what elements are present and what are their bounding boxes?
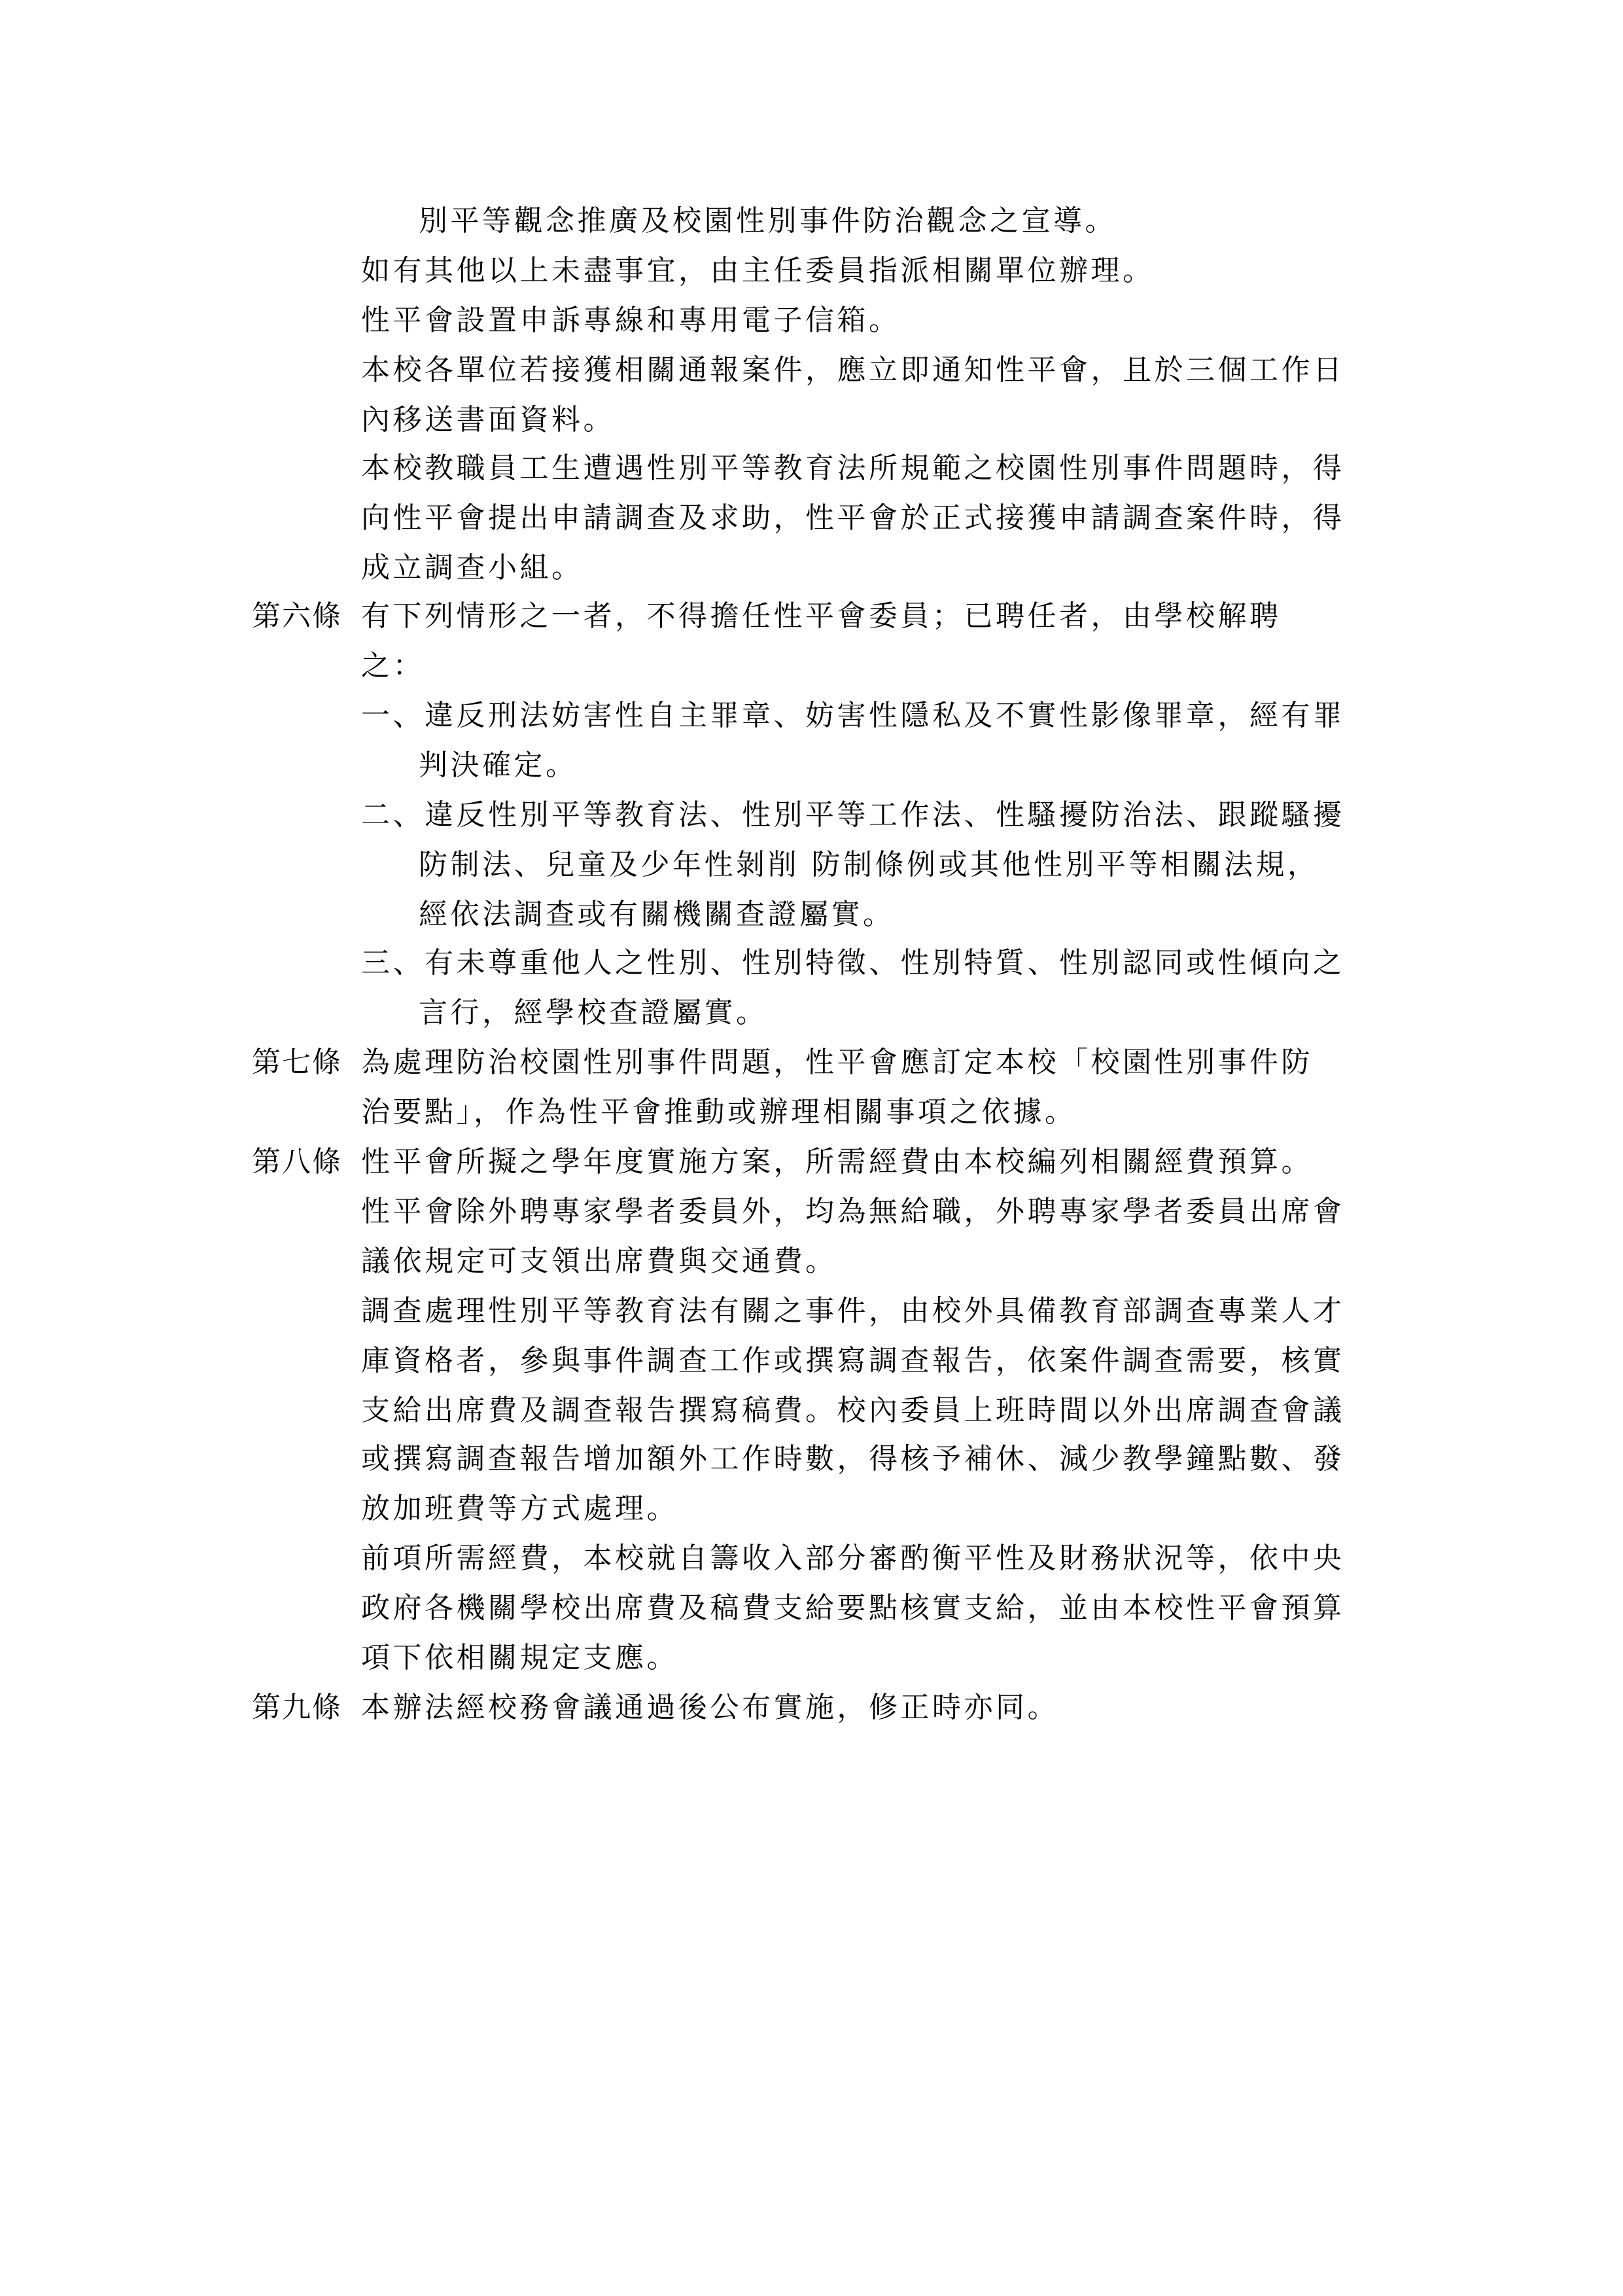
article-6-item-1: 一、違反刑法妨害性自主罪章、妨害性隱私及不實性影像罪章，經有罪 (361, 696, 1345, 735)
article-8-line: 前項所需經費，本校就自籌收入部分審酌衡平性及財務狀況等，依中央 (361, 1539, 1345, 1578)
article-7-text: 為處理防治校園性別事件問題，性平會應訂定本校「校園性別事件防 (361, 1043, 1313, 1082)
article-7-text-cont: 治要點」，作為性平會推動或辦理相關事項之依據。 (361, 1093, 1077, 1132)
body-line: 向性平會提出申請調查及求助，性平會於正式接獲申請調查案件時，得 (361, 499, 1345, 538)
article-8-line: 議依規定可支領出席費與交通費。 (361, 1242, 837, 1281)
article-6-intro-cont: 之： (361, 646, 425, 686)
article-8-line: 性平會除外聘專家學者委員外，均為無給職，外聘專家學者委員出席會 (361, 1192, 1345, 1231)
body-line: 如有其他以上未盡事宜，由主任委員指派相關單位辦理。 (361, 251, 1155, 291)
body-line: 內移送書面資料。 (361, 400, 615, 440)
article-6-item-1-cont: 判決確定。 (419, 746, 578, 785)
document-page: 別平等觀念推廣及校園性別事件防治觀念之宣導。 如有其他以上未盡事宜，由主任委員指… (0, 0, 1623, 2296)
article-8-line: 性平會所擬之學年度實施方案，所需經費由本校編列相關經費預算。 (361, 1142, 1313, 1182)
article-8-line: 庫資格者，參與事件調查工作或撰寫調查報告，依案件調查需要，核實 (361, 1341, 1345, 1381)
article-6-item-2: 二、違反性別平等教育法、性別平等工作法、性騷擾防治法、跟蹤騷擾 (361, 796, 1345, 835)
body-line: 本校各單位若接獲相關通報案件，應立即通知性平會，且於三個工作日 (361, 351, 1345, 390)
article-8-line: 項下依相關規定支應。 (361, 1638, 678, 1678)
article-8-label: 第八條 (252, 1142, 342, 1182)
article-8-line: 政府各機關學校出席費及稿費支給要點核實支給，並由本校性平會預算 (361, 1589, 1345, 1628)
article-9-text: 本辦法經校務會議通過後公布實施，修正時亦同。 (361, 1688, 1059, 1727)
article-8-line: 或撰寫調查報告增加額外工作時數，得核予補休、減少教學鐘點數、發 (361, 1439, 1345, 1479)
article-8-line: 調查處理性別平等教育法有關之事件，由校外具備教育部調查專業人才 (361, 1292, 1345, 1331)
article-6-item-2-cont: 防制法、兒童及少年性剝削 防制條例或其他性別平等相關法規， (419, 845, 1319, 885)
body-line: 成立調查小組。 (361, 548, 584, 588)
article-6-item-3: 三、有未尊重他人之性別、性別特徵、性別特質、性別認同或性傾向之 (361, 944, 1345, 983)
article-6-label: 第六條 (252, 597, 342, 636)
article-8-line: 放加班費等方式處理。 (361, 1489, 678, 1528)
article-9-label: 第九條 (252, 1688, 342, 1727)
article-7-label: 第七條 (252, 1043, 342, 1082)
body-line: 別平等觀念推廣及校園性別事件防治觀念之宣導。 (419, 202, 1117, 241)
body-line: 性平會設置申訴專線和專用電子信箱。 (361, 301, 901, 340)
article-6-item-3-cont: 言行，經學校查證屬實。 (419, 993, 768, 1033)
article-6-item-2-cont: 經依法調查或有關機關查證屬實。 (419, 895, 895, 934)
article-6-intro: 有下列情形之一者，不得擔任性平會委員；已聘任者，由學校解聘 (361, 597, 1282, 636)
body-line: 本校教職員工生遭遇性別平等教育法所規範之校園性別事件問題時，得 (361, 449, 1345, 488)
article-8-line: 支給出席費及調查報告撰寫稿費。校內委員上班時間以外出席調查會議 (361, 1391, 1345, 1430)
